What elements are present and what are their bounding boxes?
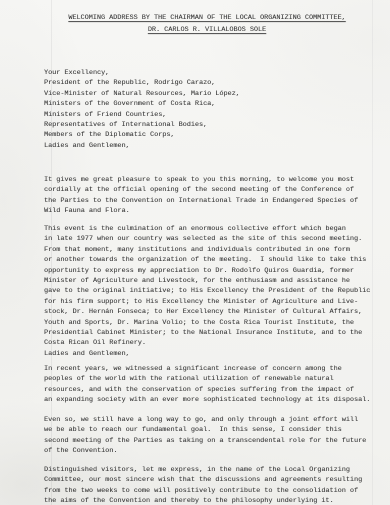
paragraph-acknowledgements: This event is the culmination of an enor… bbox=[44, 224, 382, 349]
salutation-list: Your Excellency,President of the Republi… bbox=[44, 68, 382, 151]
text-line: Wild Fauna and Flora. bbox=[44, 206, 382, 216]
text-line: Distinguished visitors, let me express, … bbox=[44, 465, 382, 475]
text-line: Committee, our most sincere wish that th… bbox=[44, 475, 382, 485]
text-line: stock, Dr. Hernán Fonseca; to Her Excell… bbox=[44, 307, 382, 317]
text-line: Minister of Agriculture and Livestock, f… bbox=[44, 276, 382, 286]
paragraph-closing-wish: Distinguished visitors, let me express, … bbox=[44, 465, 382, 505]
text-line: gave to the original initiative; to His … bbox=[44, 286, 382, 296]
text-line: Even so, we still have a long way to go,… bbox=[44, 415, 382, 425]
text-line: Ministers of the Government of Costa Ric… bbox=[44, 99, 382, 109]
text-line: Vice-Minister of Natural Resources, Mari… bbox=[44, 89, 382, 99]
text-line: an expanding society with an ever more s… bbox=[44, 395, 382, 405]
text-line: Youth and Sports, Dr. Marina Volio; to t… bbox=[44, 318, 382, 328]
document-title-line-2: DR. CARLOS R. VILLALOBOS SOLE bbox=[40, 25, 374, 37]
document-title: WELCOMING ADDRESS BY THE CHAIRMAN OF THE… bbox=[40, 13, 374, 36]
text-line: Your Excellency, bbox=[44, 68, 382, 78]
text-line: cordially at the official opening of the… bbox=[44, 185, 382, 195]
text-line: President of the Republic, Rodrigo Caraz… bbox=[44, 78, 382, 88]
text-line: Representatives of International Bodies, bbox=[44, 120, 382, 130]
text-line: opportunity to express my appreciation t… bbox=[44, 266, 382, 276]
text-line: in late 1977 when our country was select… bbox=[44, 234, 382, 244]
paragraph-conservation-concern: In recent years, we witnessed a signific… bbox=[44, 364, 382, 406]
text-line: Ladies and Gentlemen, bbox=[44, 141, 382, 151]
text-line: Presidential Cabinet Minister; to the Na… bbox=[44, 328, 382, 338]
text-line: the aims of the Convention and thereby t… bbox=[44, 496, 382, 505]
text-line: In recent years, we witnessed a signific… bbox=[44, 364, 382, 374]
text-line: peoples of the world with the rational u… bbox=[44, 374, 382, 384]
text-line: from the two weeks to come will positive… bbox=[44, 486, 382, 496]
text-line: or another towards the organization of t… bbox=[44, 255, 382, 265]
text-line: the Parties to the Convention on Interna… bbox=[44, 196, 382, 206]
paragraph-joint-effort: Even so, we still have a long way to go,… bbox=[44, 415, 382, 457]
text-line: resources, and with the conservation of … bbox=[44, 385, 382, 395]
paragraph-opening-welcome: It gives me great pleasure to speak to y… bbox=[44, 175, 382, 217]
text-line: This event is the culmination of an enor… bbox=[44, 224, 382, 234]
text-line: It gives me great pleasure to speak to y… bbox=[44, 175, 382, 185]
text-line: second meeting of the Parties as taking … bbox=[44, 436, 382, 446]
text-line: From that moment, many institutions and … bbox=[44, 245, 382, 255]
text-line: Members of the Diplomatic Corps, bbox=[44, 130, 382, 140]
text-line: Ministers of Friend Countries, bbox=[44, 110, 382, 120]
ladies-and-gentlemen-interjection: Ladies and Gentlemen, bbox=[44, 349, 382, 359]
text-line: for his firm support; to His Excellency … bbox=[44, 297, 382, 307]
document-title-line-1: WELCOMING ADDRESS BY THE CHAIRMAN OF THE… bbox=[40, 13, 374, 25]
text-line: we be able to reach our fundamental goal… bbox=[44, 425, 382, 435]
text-line: Ladies and Gentlemen, bbox=[44, 349, 382, 359]
text-line: of the Convention. bbox=[44, 446, 382, 456]
text-line: Costa Rican Oil Refinery. bbox=[44, 338, 382, 348]
scanned-document-page: WELCOMING ADDRESS BY THE CHAIRMAN OF THE… bbox=[0, 0, 390, 505]
